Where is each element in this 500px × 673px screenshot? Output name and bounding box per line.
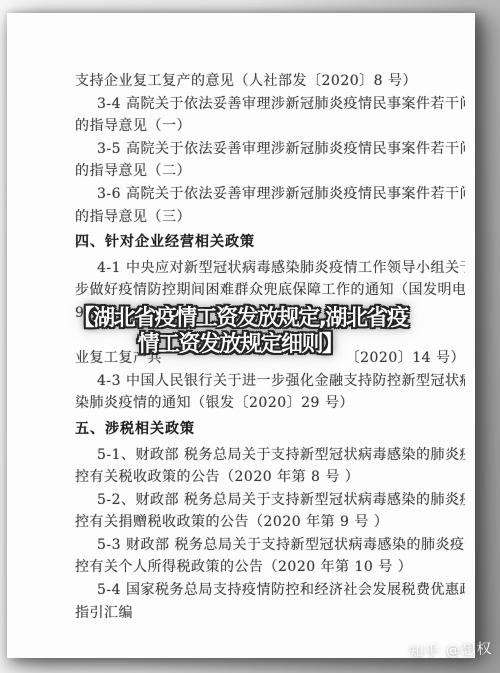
document-line: 4-1 中央应对新型冠状病毒感染肺炎疫情工作领导小组关于进一 (75, 257, 465, 280)
document-line: 5-3 财政部 税务总局关于支持新型冠状病毒感染的肺炎疫情防 (75, 534, 465, 557)
photo-background: 支持企业复工复产的意见（人社部发〔2020〕8 号）3-4 高院关于依法妥善审理… (0, 0, 500, 673)
document-line: 3-4 高院关于依法妥善审理涉新冠肺炎疫情民事案件若干问题 (75, 93, 465, 116)
document-line: 的指导意见（一） (75, 115, 465, 138)
document-line: 5-2、财政部 税务总局关于支持新型冠状病毒感染的肺炎疫情防 (75, 489, 465, 512)
title-overlay: 【湖北省疫情工资发放规定,湖北省疫 情工资发放规定细则】 (0, 306, 490, 357)
title-overlay-line1: 【湖北省疫情工资发放规定,湖北省疫 (0, 306, 490, 332)
zhihu-watermark: 知乎 @想权 (408, 637, 492, 662)
document-line: 3-5 高院关于依法妥善审理涉新冠肺炎疫情民事案件若干问题 (75, 138, 465, 161)
document-line: 5-4 国家税务总局支持疫情防控和经济社会发展税费优惠政策 (75, 579, 465, 602)
document-line: 控有关个人所得税政策的公告（2020 年第 10 号 ） (75, 556, 465, 579)
document-line: 5-1、财政部 税务总局关于支持新型冠状病毒感染的肺炎疫情防 (75, 444, 465, 467)
document-line: 的指导意见（二） (75, 160, 465, 183)
document-line: 支持企业复工复产的意见（人社部发〔2020〕8 号） (75, 70, 465, 93)
document-line: 3-6 高院关于依法妥善审理涉新冠肺炎疫情民事案件若干问题 (75, 183, 465, 206)
document-line: 染肺炎疫情的通知（银发〔2020〕29 号） (75, 392, 465, 415)
document-line: 控有关税收政策的公告（2020 年第 8 号 ） (75, 466, 465, 489)
document-line: 控有关捐赠税收政策的公告（2020 年第 9 号 ） (75, 511, 465, 534)
document-line: 指引汇编 (75, 602, 465, 625)
section-heading: 五、涉税相关政策 (75, 418, 465, 441)
document-line: 的指导意见（三） (75, 206, 465, 229)
section-heading: 四、针对企业经营相关政策 (75, 231, 465, 254)
document-line: 步做好疫情防控期间困难群众兜底保障工作的通知（国发明电〔2020〕 (75, 279, 465, 302)
title-overlay-line2: 情工资发放规定细则】 (0, 332, 490, 358)
document-line: 4-3 中国人民银行关于进一步强化金融支持防控新型冠状病毒感 (75, 370, 465, 393)
